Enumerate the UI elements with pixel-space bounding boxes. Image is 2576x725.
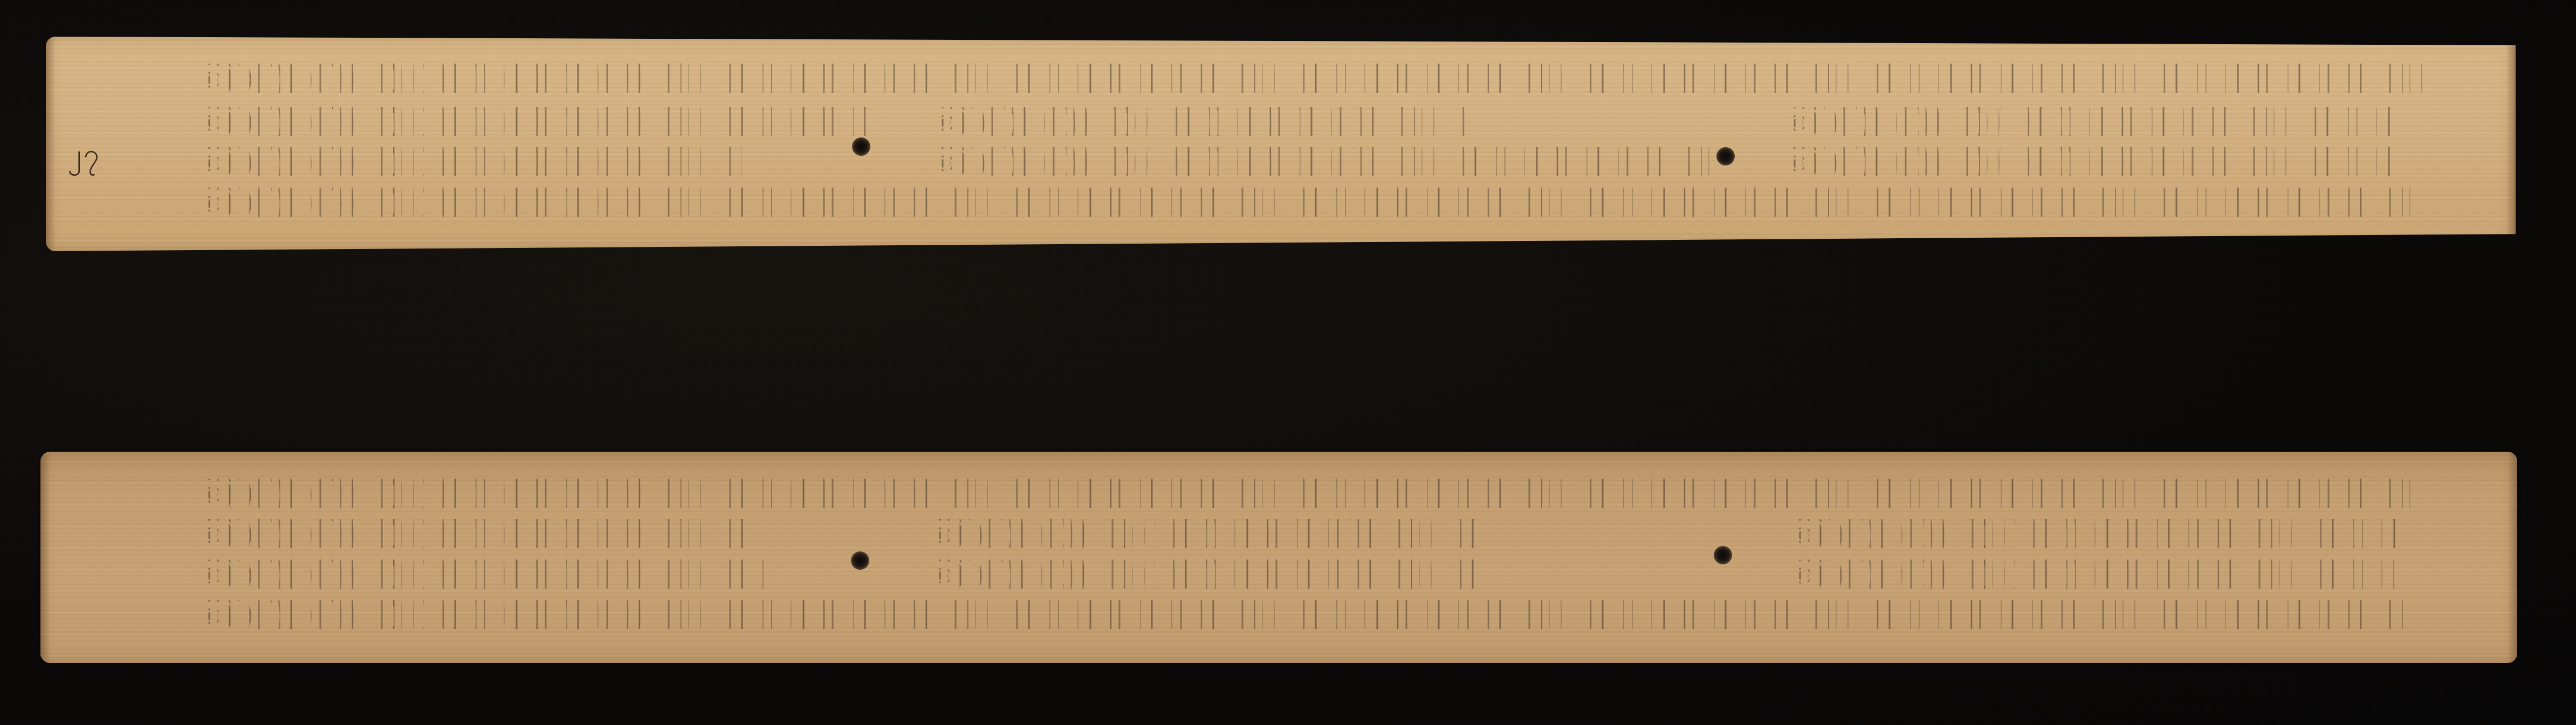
string-hole: [851, 551, 869, 570]
script-line-segment: [1790, 107, 2394, 136]
script-line: [Burmese script line 4 — illegible handw…: [205, 600, 2405, 629]
script-line: [Burmese script line 1 — illegible handw…: [205, 479, 2421, 508]
string-hole: [1714, 546, 1732, 564]
script-line: [Burmese script line 2 — illegible handw…: [205, 107, 865, 136]
string-hole: [1716, 147, 1735, 165]
string-hole: [852, 137, 870, 156]
script-line: [Burmese script line 4 — illegible handw…: [205, 188, 2410, 217]
folio-number: ၂၇: [67, 136, 101, 177]
palm-leaf-lower: [Burmese script line 1 — illegible handw…: [40, 452, 2517, 663]
script-line-segment: [938, 147, 1720, 176]
palm-leaf-upper: ၂၇ [Burmese script line 1 — illegible ha…: [46, 37, 2516, 251]
script-line-segment: [936, 519, 1475, 548]
script-line: [Burmese script line 3 — illegible handw…: [205, 147, 741, 176]
script-line-segment: [1796, 560, 2394, 589]
script-line-segment: [938, 107, 1469, 136]
script-line: [Burmese script line 1 — illegible handw…: [205, 64, 2432, 93]
script-line-segment: [936, 560, 1475, 589]
script-line: [Burmese script line 2 — illegible handw…: [205, 519, 755, 548]
script-line-segment: [1796, 519, 2400, 548]
script-line-segment: [1790, 147, 2397, 176]
script-line: [Burmese script line 3 — illegible handw…: [205, 560, 771, 589]
